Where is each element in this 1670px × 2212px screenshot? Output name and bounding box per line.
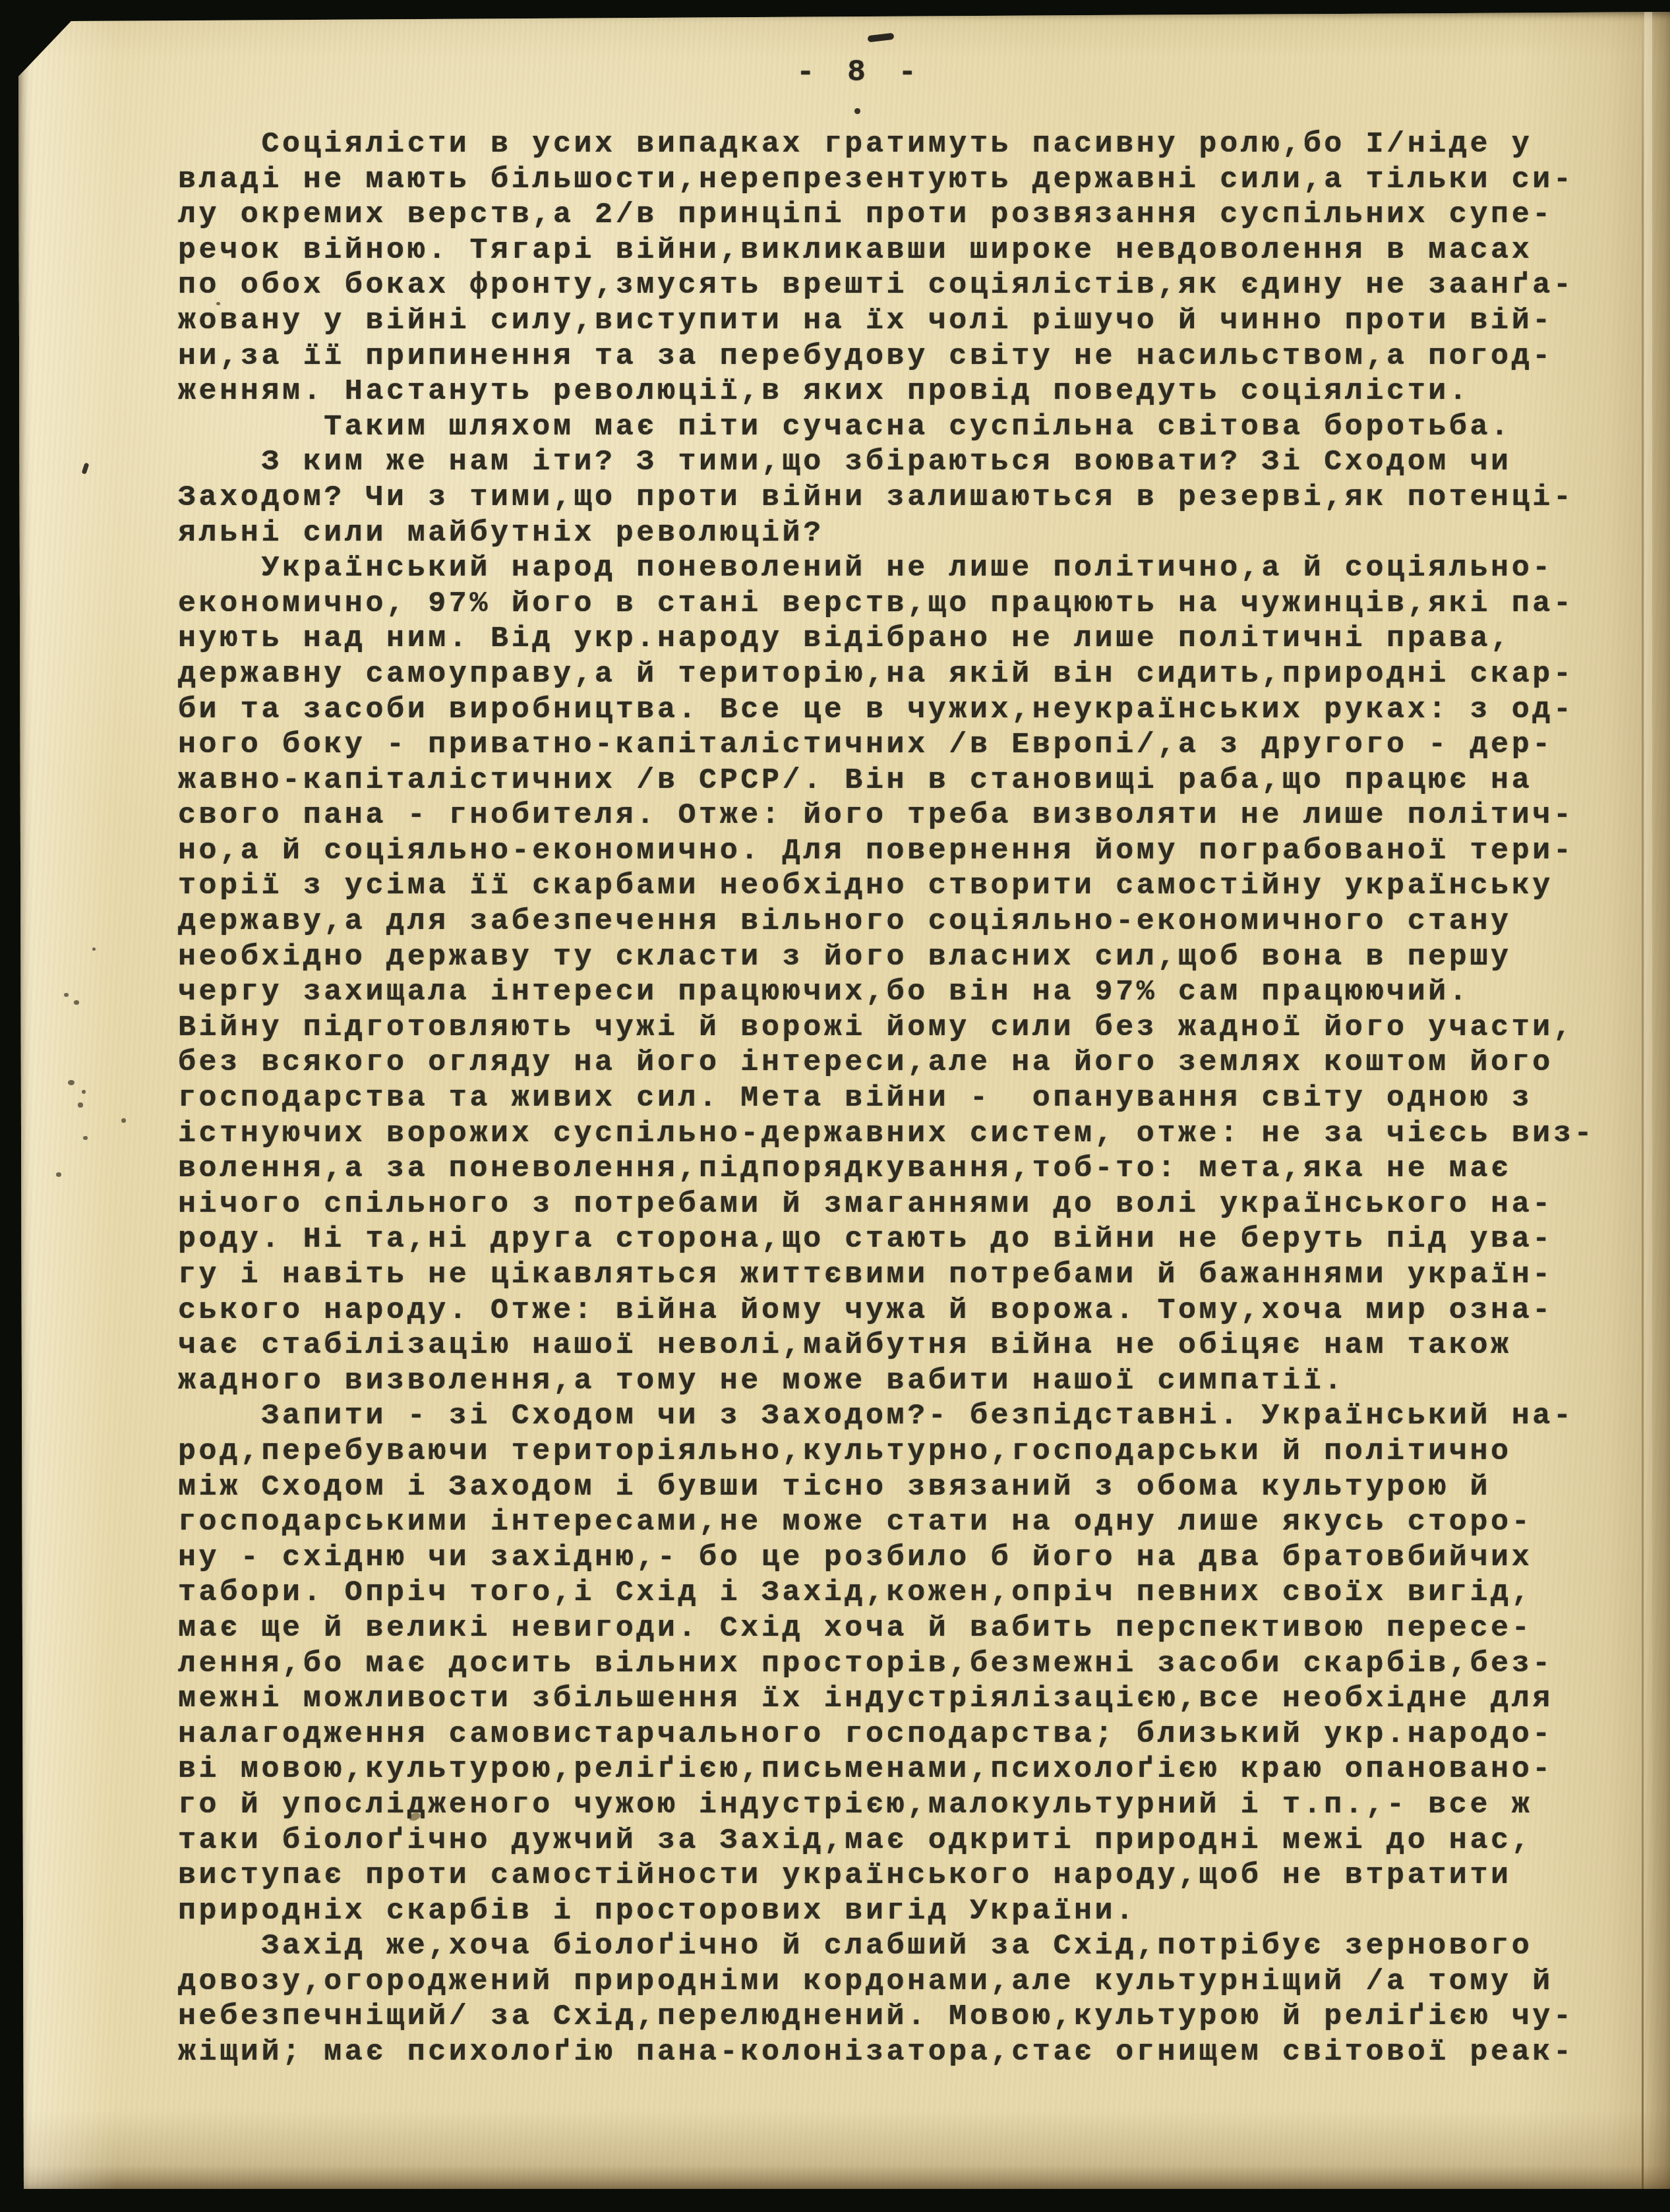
ink-speck: [74, 1000, 79, 1005]
ink-speck: [82, 1090, 86, 1094]
ink-speck: [64, 993, 69, 997]
ink-speck: [68, 1080, 75, 1085]
paper-sheet: - 8 - Соціялісти в усих випадках гратиму…: [18, 12, 1670, 2189]
paragraph-world-struggle: Таким шляхом має піти сучасна суспільна …: [178, 409, 1655, 445]
paragraph-east-or-west: Запити - зі Сходом чи з Заходом?- безпід…: [178, 1398, 1655, 1928]
ink-speck: [83, 1136, 88, 1140]
typewritten-text: Соціялісти в усих випадках гратимуть пас…: [178, 127, 1655, 2070]
scanned-document-screenshot: { "page": { "number": "- 8 -" }, "doc": …: [0, 0, 1670, 2212]
ink-stray-dash: [868, 33, 895, 43]
ink-speck: [121, 1118, 126, 1123]
ink-stray-dot: [854, 108, 860, 114]
ink-stray-comma: [82, 462, 90, 474]
paragraph-the-west: Захід же,хоча біолоґічно й слабший за Сх…: [178, 1928, 1655, 2070]
paragraph-ukrainian-people: Український народ поневолений не лише по…: [178, 551, 1655, 1398]
paragraph-socialists-role: Соціялісти в усих випадках гратимуть пас…: [178, 127, 1655, 409]
ink-speck: [92, 947, 96, 951]
paragraph-whom-to-join: З ким же нам іти? З тими,що збіраються в…: [178, 444, 1655, 551]
page-number: - 8 -: [796, 55, 924, 90]
ink-speck: [78, 1102, 83, 1108]
ink-speck: [56, 1172, 61, 1177]
